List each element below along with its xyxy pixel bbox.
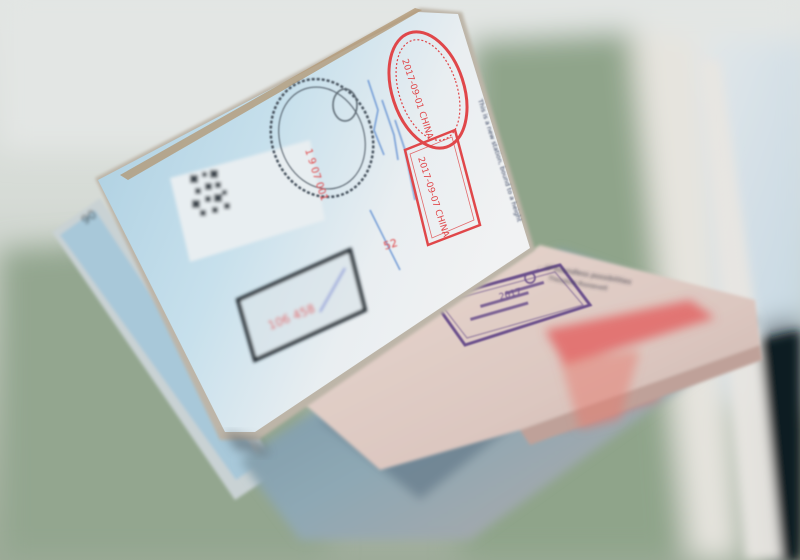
photo-canvas: 90 2017 ...of boundless possibilities Th… [0, 0, 800, 560]
passport-photo: 90 2017 ...of boundless possibilities Th… [0, 0, 800, 560]
